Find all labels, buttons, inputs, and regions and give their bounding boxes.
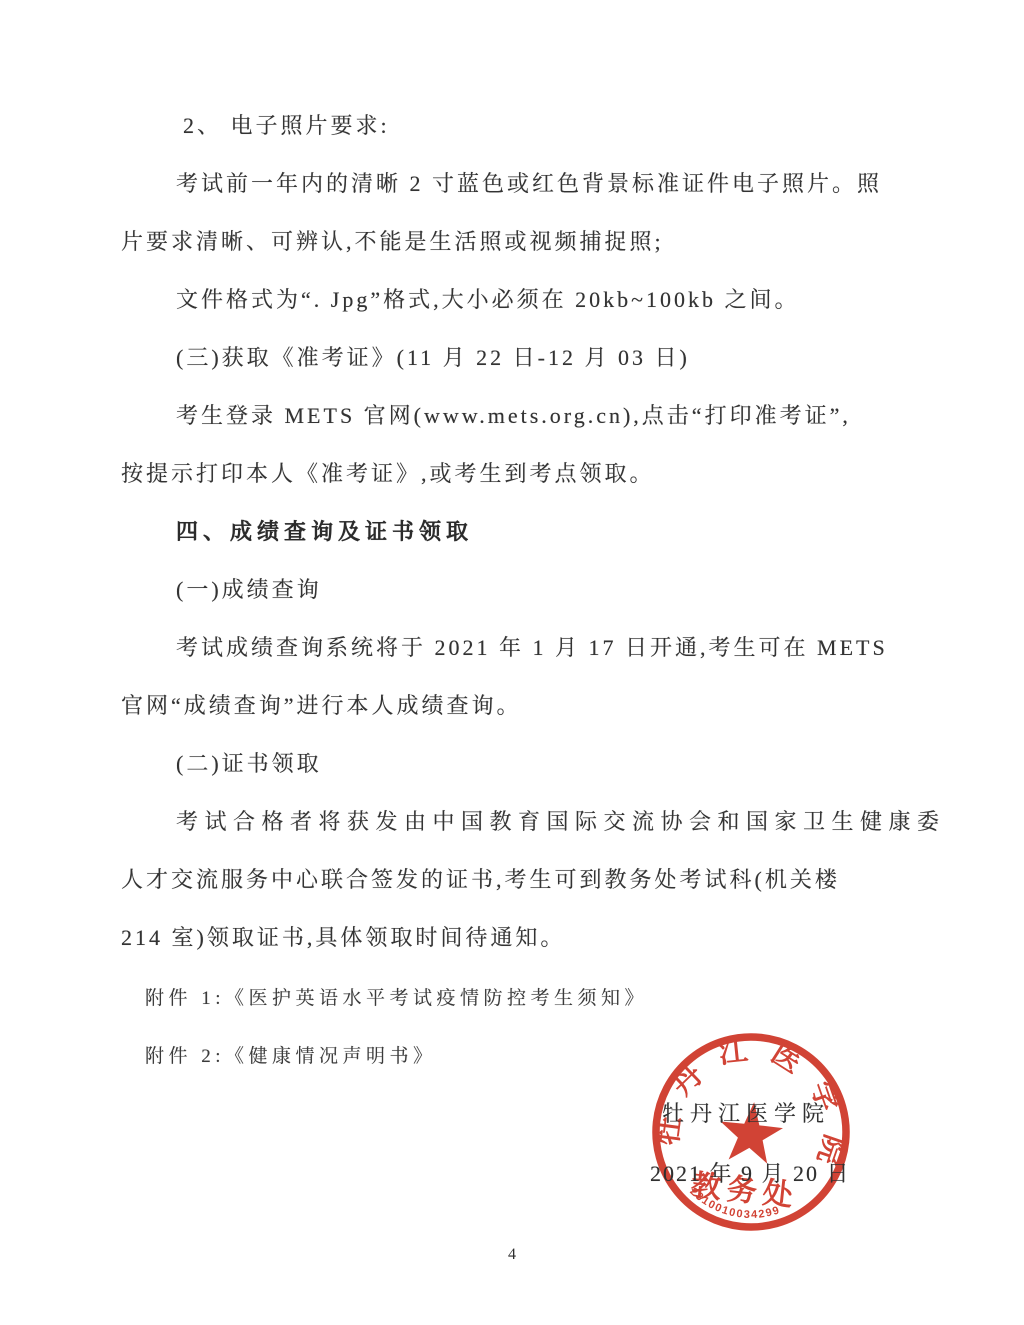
signature-date: 2021 年 9 月 20 日 — [650, 1157, 851, 1188]
signature-organization: 牡丹江医学院 — [662, 1097, 830, 1128]
line-certificate-3: 214 室)领取证书,具体领取时间待通知。 — [121, 925, 565, 951]
line-certificate-heading: (二)证书领取 — [176, 751, 322, 777]
line-certificate-2: 人才交流服务中心联合签发的证书,考生可到教务处考试科(机关楼 — [121, 867, 840, 893]
line-photo-requirements-1: 考试前一年内的清晰 2 寸蓝色或红色背景标准证件电子照片。照 — [176, 171, 882, 197]
official-seal: 牡丹江医学院 教务处 2310010034299 — [648, 1029, 854, 1235]
line-file-format: 文件格式为“. Jpg”格式,大小必须在 20kb~100kb 之间。 — [176, 287, 800, 313]
document-page: 2、 电子照片要求: 考试前一年内的清晰 2 寸蓝色或红色背景标准证件电子照片。… — [0, 0, 1024, 1325]
line-photo-requirements-heading: 2、 电子照片要求: — [183, 113, 390, 139]
line-photo-requirements-2: 片要求清晰、可辨认,不能是生活照或视频捕捉照; — [121, 229, 664, 255]
line-certificate-1: 考试合格者将获发由中国教育国际交流协会和国家卫生健康委 — [176, 809, 946, 835]
line-score-query-2: 官网“成绩查询”进行本人成绩查询。 — [121, 693, 522, 719]
attachment-line-2: 附件 2:《健康情况声明书》 — [145, 1041, 437, 1068]
line-mets-login-1: 考生登录 METS 官网(www.mets.org.cn),点击“打印准考证”, — [176, 403, 851, 429]
line-score-query-1: 考试成绩查询系统将于 2021 年 1 月 17 日开通,考生可在 METS — [176, 635, 888, 661]
attachment-line-1: 附件 1:《医护英语水平考试疫情防控考生须知》 — [145, 983, 648, 1010]
line-section3-heading: (三)获取《准考证》(11 月 22 日-12 月 03 日) — [176, 345, 690, 371]
line-mets-login-2: 按提示打印本人《准考证》,或考生到考点领取。 — [121, 461, 655, 487]
line-score-query-heading: (一)成绩查询 — [176, 577, 322, 603]
section4-heading: 四、成绩查询及证书领取 — [176, 519, 473, 545]
page-number: 4 — [0, 1246, 1024, 1264]
